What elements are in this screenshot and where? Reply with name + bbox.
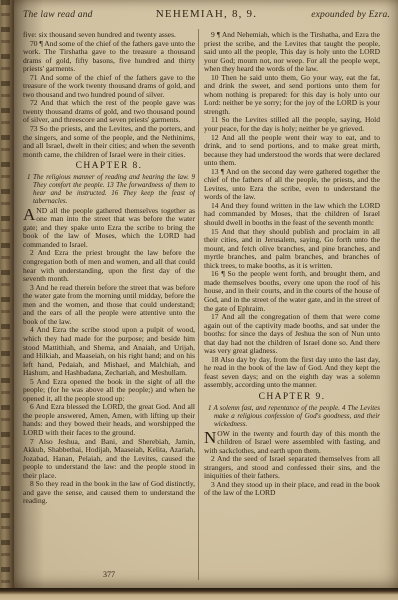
- paragraph: 6 And Ezra blessed the LORD, the great G…: [23, 403, 195, 437]
- paragraph: 72 And that which the rest of the people…: [23, 99, 195, 125]
- right-text-column: 9 ¶ And Nehemiah, which is the Tirshatha…: [204, 31, 380, 579]
- paragraph: 5 And Ezra opened the book in the sight …: [23, 378, 195, 404]
- paragraph: CHAPTER 9.: [204, 393, 380, 402]
- header-left-title: The law read and: [23, 10, 93, 20]
- paragraph: 10 Then he said unto them, Go your way, …: [204, 74, 380, 117]
- paragraph: AND all the people gathered themselves t…: [23, 207, 195, 250]
- paragraph: 12 And all the people went their way to …: [204, 134, 380, 168]
- paragraph: 9 ¶ And Nehemiah, which is the Tirshatha…: [204, 31, 380, 74]
- column-divider-rule: [198, 29, 199, 580]
- drop-cap-initial: N: [204, 430, 217, 446]
- bible-page: The law read and NEHEMIAH, 8, 9. expound…: [14, 0, 398, 588]
- paragraph: 15 And that they should publish and proc…: [204, 228, 380, 271]
- paragraph: 8 So they read in the book in the law of…: [23, 480, 195, 506]
- paragraph: 11 So the Levites stilled all the people…: [204, 116, 380, 133]
- paragraph: 3 And he read therein before the street …: [23, 284, 195, 327]
- paragraph: 70 ¶ And some of the chief of the father…: [23, 40, 195, 74]
- paragraph: 17 And all the congregation of them that…: [204, 313, 380, 356]
- paragraph: 73 So the priests, and the Levites, and …: [23, 125, 195, 159]
- paragraph: 16 ¶ So the people went forth, and broug…: [204, 270, 380, 313]
- paragraph: 2 And the seed of Israel separated thems…: [204, 455, 380, 481]
- paragraph: 2 And Ezra the priest brought the law be…: [23, 249, 195, 283]
- paragraph: 71 And some of the chief of the fathers …: [23, 74, 195, 100]
- running-header: The law read and NEHEMIAH, 8, 9. expound…: [23, 8, 390, 23]
- paragraph: 13 ¶ And on the second day were gathered…: [204, 168, 380, 202]
- paragraph: 14 And they found written in the law whi…: [204, 202, 380, 228]
- header-book-title: NEHEMIAH, 8, 9.: [156, 8, 257, 20]
- paragraph: 1 The religious manner of reading and he…: [23, 173, 195, 205]
- header-right-title: expounded by Ezra.: [311, 10, 390, 20]
- paragraph: 1 A solemn fast, and repentance of the p…: [204, 404, 380, 428]
- paragraph: NOW in the twenty and fourth day of this…: [204, 430, 380, 456]
- paragraph: 3 And they stood up in their place, and …: [204, 481, 380, 498]
- paragraph: 7 Also Jeshua, and Bani, and Sherebiah, …: [23, 438, 195, 481]
- drop-cap-initial: A: [23, 207, 36, 223]
- page-bottom-edge: [0, 588, 398, 600]
- page-number: 377: [23, 570, 195, 579]
- paragraph: 4 And Ezra the scribe stood upon a pulpi…: [23, 326, 195, 377]
- left-text-column: five: six thousand seven hundred and twe…: [23, 31, 195, 576]
- paragraph: CHAPTER 8.: [23, 162, 195, 171]
- paragraph: 18 Also day by day, from the first day u…: [204, 356, 380, 390]
